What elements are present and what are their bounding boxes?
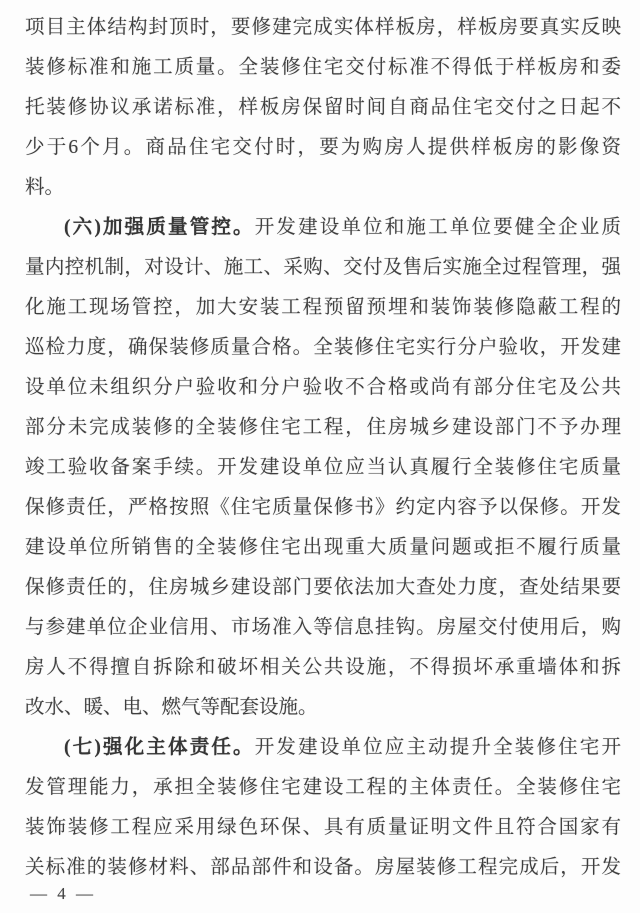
text-line-content: 装修标准和施工质量。全装修住宅交付标准不得低于样板房和委 xyxy=(25,57,621,78)
text-line-content: 保修责任的，住房城乡建设部门要依法加大查处力度，查处结果要 xyxy=(25,577,621,598)
text-line-content: 关标准的装修材料、部品部件和设备。房屋装修工程完成后，开发 xyxy=(25,857,621,878)
text-line-content: 化施工现场管控，加大安装工程预留预埋和装饰装修隐蔽工程的 xyxy=(25,297,621,318)
text-line: 设单位未组织分户验收和分户验收不合格或尚有部分住宅及公共 xyxy=(25,368,621,408)
text-line-content: 竣工验收备案手续。开发建设单位应当认真履行全装修住宅质量 xyxy=(25,457,621,478)
text-line-content: 开发建设单位应主动提升全装修住宅开 xyxy=(255,737,621,758)
text-line: 竣工验收备案手续。开发建设单位应当认真履行全装修住宅质量 xyxy=(25,448,621,488)
text-line: 与参建单位企业信用、市场准入等信息挂钩。房屋交付使用后，购 xyxy=(25,608,621,648)
text-line-content: 巡检力度，确保装修质量合格。全装修住宅实行分户验收，开发建 xyxy=(25,337,621,358)
text-line: 保修责任的，住房城乡建设部门要依法加大查处力度，查处结果要 xyxy=(25,568,621,608)
text-line: 料。 xyxy=(25,168,621,208)
text-line-content: 房人不得擅自拆除和破坏相关公共设施，不得损坏承重墙体和拆 xyxy=(25,657,621,678)
text-line: 托装修协议承诺标准，样板房保留时间自商品住宅交付之日起不 xyxy=(25,88,621,128)
text-line-content: 开发建设单位和施工单位要健全企业质 xyxy=(255,217,621,238)
text-line-content: 量内控机制，对设计、施工、采购、交付及售后实施全过程管理，强 xyxy=(25,257,621,278)
text-line: 建设单位所销售的全装修住宅出现重大质量问题或拒不履行质量 xyxy=(25,528,621,568)
text-line-content: 托装修协议承诺标准，样板房保留时间自商品住宅交付之日起不 xyxy=(25,97,621,118)
text-line: 保修责任，严格按照《住宅质量保修书》约定内容予以保修。开发 xyxy=(25,488,621,528)
text-line: 巡检力度，确保装修质量合格。全装修住宅实行分户验收，开发建 xyxy=(25,328,621,368)
text-line-content: 项目主体结构封顶时，要修建完成实体样板房，样板房要真实反映 xyxy=(25,17,621,38)
text-line-content: 装饰装修工程应采用绿色环保、具有质量证明文件且符合国家有 xyxy=(25,817,621,838)
page-number: — 4 — xyxy=(30,884,96,904)
section-heading: (七)强化主体责任。 xyxy=(64,737,255,758)
text-line: 装饰装修工程应采用绿色环保、具有质量证明文件且符合国家有 xyxy=(25,808,621,848)
text-line: 改水、暖、电、燃气等配套设施。 xyxy=(25,688,621,728)
text-line-content: 与参建单位企业信用、市场准入等信息挂钩。房屋交付使用后，购 xyxy=(25,617,621,638)
text-line: 关标准的装修材料、部品部件和设备。房屋装修工程完成后，开发 xyxy=(25,848,621,888)
text-line: 发管理能力，承担全装修住宅建设工程的主体责任。全装修住宅 xyxy=(25,768,621,808)
text-line-content: 设单位未组织分户验收和分户验收不合格或尚有部分住宅及公共 xyxy=(25,377,621,398)
text-line-content: 部分未完成装修的全装修住宅工程，住房城乡建设部门不予办理 xyxy=(25,417,621,438)
text-line-content: 改水、暖、电、燃气等配套设施。 xyxy=(25,697,318,718)
text-line: (七)强化主体责任。开发建设单位应主动提升全装修住宅开 xyxy=(25,728,621,768)
document-lines: 项目主体结构封顶时，要修建完成实体样板房，样板房要真实反映装修标准和施工质量。全… xyxy=(25,8,621,888)
document-page: 项目主体结构封顶时，要修建完成实体样板房，样板房要真实反映装修标准和施工质量。全… xyxy=(0,0,640,913)
section-heading: (六)加强质量管控。 xyxy=(64,217,255,238)
text-line-content: 发管理能力，承担全装修住宅建设工程的主体责任。全装修住宅 xyxy=(25,777,621,798)
text-line: 房人不得擅自拆除和破坏相关公共设施，不得损坏承重墙体和拆 xyxy=(25,648,621,688)
text-line: 化施工现场管控，加大安装工程预留预埋和装饰装修隐蔽工程的 xyxy=(25,288,621,328)
text-line: 量内控机制，对设计、施工、采购、交付及售后实施全过程管理，强 xyxy=(25,248,621,288)
text-line-content: 保修责任，严格按照《住宅质量保修书》约定内容予以保修。开发 xyxy=(25,497,621,518)
text-line-content: 建设单位所销售的全装修住宅出现重大质量问题或拒不履行质量 xyxy=(25,537,621,558)
text-line: (六)加强质量管控。开发建设单位和施工单位要健全企业质 xyxy=(25,208,621,248)
text-line: 少于6个月。商品住宅交付时，要为购房人提供样板房的影像资 xyxy=(25,128,621,168)
text-line-content: 少于6个月。商品住宅交付时，要为购房人提供样板房的影像资 xyxy=(25,137,621,158)
text-line: 部分未完成装修的全装修住宅工程，住房城乡建设部门不予办理 xyxy=(25,408,621,448)
text-line-content: 料。 xyxy=(25,177,64,198)
text-line: 装修标准和施工质量。全装修住宅交付标准不得低于样板房和委 xyxy=(25,48,621,88)
text-line: 项目主体结构封顶时，要修建完成实体样板房，样板房要真实反映 xyxy=(25,8,621,48)
